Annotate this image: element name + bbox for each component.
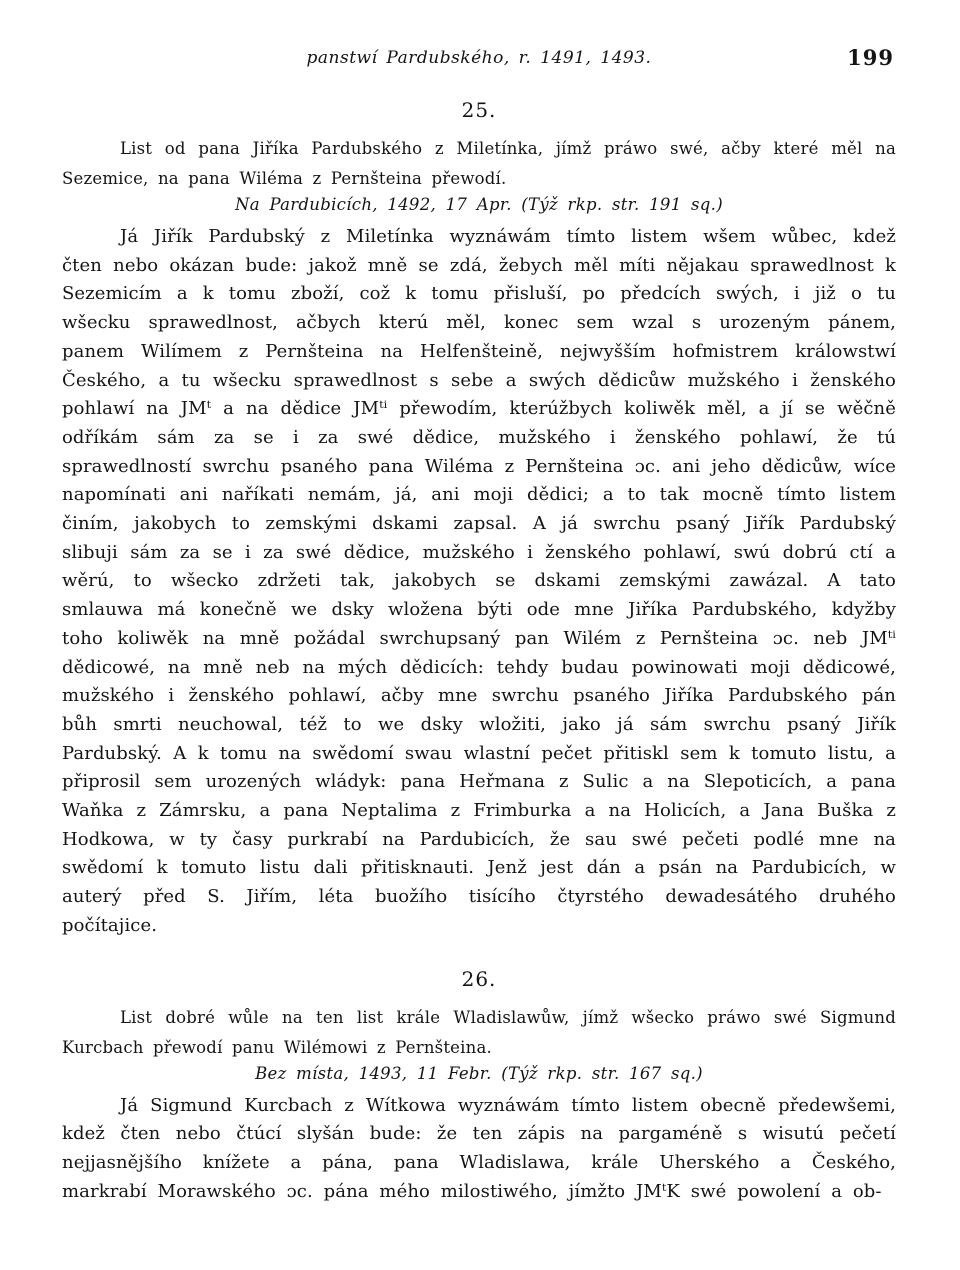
document-entry-26: 26. List dobré wůle na ten list krále Wl…: [62, 967, 896, 1207]
entry-26-number: 26.: [62, 967, 896, 991]
entry-25-dateline: Na Pardubicích, 1492, 17 Apr. (Týž rkp. …: [62, 195, 896, 214]
document-entry-25: 25. List od pana Jiříka Pardubského z Mi…: [62, 98, 896, 941]
entry-26-dateline: Bez místa, 1493, 11 Febr. (Týž rkp. str.…: [62, 1064, 896, 1083]
page-number: 199: [847, 45, 894, 70]
entry-25-body: Já Jiřík Pardubský z Miletínka wyznáwám …: [62, 223, 896, 941]
entry-26-body: Já Sigmund Kurcbach z Wítkowa wyznáwám t…: [62, 1092, 896, 1207]
entry-25-number: 25.: [62, 98, 896, 122]
running-title: panstwí Pardubského, r. 1491, 1493.: [62, 48, 896, 68]
page-header: panstwí Pardubského, r. 1491, 1493. 199: [62, 48, 896, 76]
entry-25-summary: List od pana Jiříka Pardubského z Miletí…: [62, 134, 896, 194]
scanned-book-page: panstwí Pardubského, r. 1491, 1493. 199 …: [0, 0, 960, 1270]
entry-26-summary: List dobré wůle na ten list krále Wladis…: [62, 1003, 896, 1063]
